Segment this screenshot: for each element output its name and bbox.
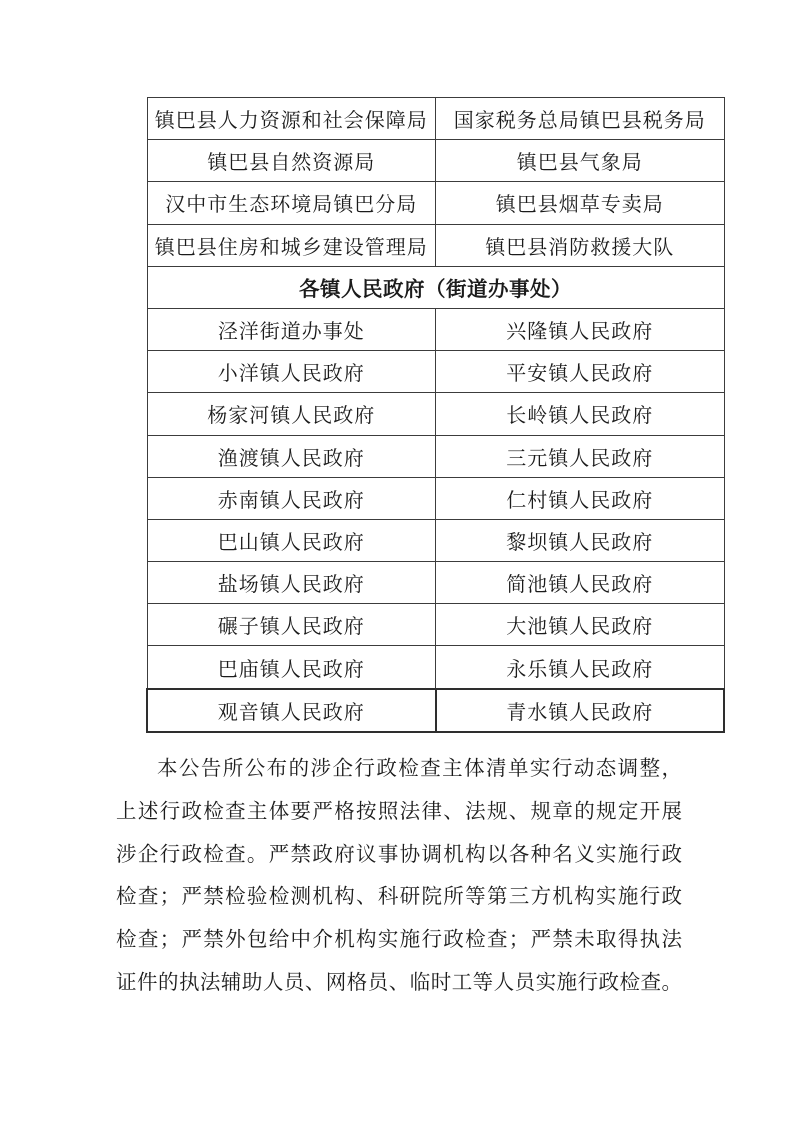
document-page: 镇巴县人力资源和社会保障局 国家税务总局镇巴县税务局 镇巴县自然资源局 镇巴县气…: [0, 0, 793, 1122]
table-cell: 渔渡镇人民政府: [147, 435, 436, 477]
table-row: 巴山镇人民政府 黎坝镇人民政府: [147, 519, 724, 561]
table-cell: 三元镇人民政府: [436, 435, 725, 477]
table-row: 镇巴县自然资源局 镇巴县气象局: [147, 140, 724, 182]
table-cell: 兴隆镇人民政府: [436, 308, 725, 350]
paragraph-line: 本公告所公布的涉企行政检查主体清单实行动态调整，: [116, 748, 682, 791]
table-row: 渔渡镇人民政府 三元镇人民政府: [147, 435, 724, 477]
table-row: 镇巴县人力资源和社会保障局 国家税务总局镇巴县税务局: [147, 98, 724, 140]
table-row: 巴庙镇人民政府 永乐镇人民政府: [147, 646, 724, 689]
agency-table: 镇巴县人力资源和社会保障局 国家税务总局镇巴县税务局 镇巴县自然资源局 镇巴县气…: [146, 97, 725, 733]
paragraph-line: 上述行政检查主体要严格按照法律、法规、规章的规定开展: [116, 791, 682, 834]
table-cell: 镇巴县人力资源和社会保障局: [147, 98, 436, 140]
paragraph-line: 证件的执法辅助人员、网格员、临时工等人员实施行政检查。: [116, 962, 682, 1005]
table-cell: 镇巴县气象局: [436, 140, 725, 182]
table-row: 杨家河镇人民政府 长岭镇人民政府: [147, 393, 724, 435]
paragraph-line: 检查；严禁外包给中介机构实施行政检查；严禁未取得执法: [116, 919, 682, 962]
table-cell: 黎坝镇人民政府: [436, 519, 725, 561]
table-cell: 汉中市生态环境局镇巴分局: [147, 182, 436, 224]
table-row: 观音镇人民政府 青水镇人民政府: [147, 689, 724, 732]
table-row: 碾子镇人民政府 大池镇人民政府: [147, 604, 724, 646]
table-cell: 泾洋街道办事处: [147, 308, 436, 350]
closing-paragraph: 本公告所公布的涉企行政检查主体清单实行动态调整， 上述行政检查主体要严格按照法律…: [116, 748, 682, 1005]
table-cell: 赤南镇人民政府: [147, 477, 436, 519]
table-cell: 观音镇人民政府: [147, 689, 436, 732]
table-row: 泾洋街道办事处 兴隆镇人民政府: [147, 308, 724, 350]
table-cell: 简池镇人民政府: [436, 562, 725, 604]
table-cell: 巴庙镇人民政府: [147, 646, 436, 689]
table-row: 镇巴县住房和城乡建设管理局 镇巴县消防救援大队: [147, 224, 724, 266]
table-cell: 平安镇人民政府: [436, 351, 725, 393]
table-cell: 小洋镇人民政府: [147, 351, 436, 393]
table-cell: 镇巴县自然资源局: [147, 140, 436, 182]
table-section-header-cell: 各镇人民政府（街道办事处）: [147, 266, 724, 308]
table-cell: 长岭镇人民政府: [436, 393, 725, 435]
table-cell: 镇巴县烟草专卖局: [436, 182, 725, 224]
table-cell: 永乐镇人民政府: [436, 646, 725, 689]
table-cell: 碾子镇人民政府: [147, 604, 436, 646]
paragraph-line: 涉企行政检查。严禁政府议事协调机构以各种名义实施行政: [116, 834, 682, 877]
table-cell: 巴山镇人民政府: [147, 519, 436, 561]
table-row: 小洋镇人民政府 平安镇人民政府: [147, 351, 724, 393]
table-cell: 大池镇人民政府: [436, 604, 725, 646]
table-cell: 仁村镇人民政府: [436, 477, 725, 519]
table-row: 盐场镇人民政府 简池镇人民政府: [147, 562, 724, 604]
table-cell: 盐场镇人民政府: [147, 562, 436, 604]
table-cell: 杨家河镇人民政府: [147, 393, 436, 435]
table-row: 赤南镇人民政府 仁村镇人民政府: [147, 477, 724, 519]
table-section-header-row: 各镇人民政府（街道办事处）: [147, 266, 724, 308]
table-row: 汉中市生态环境局镇巴分局 镇巴县烟草专卖局: [147, 182, 724, 224]
table-cell: 青水镇人民政府: [436, 689, 725, 732]
table-cell: 镇巴县住房和城乡建设管理局: [147, 224, 436, 266]
table-cell: 国家税务总局镇巴县税务局: [436, 98, 725, 140]
table-cell: 镇巴县消防救援大队: [436, 224, 725, 266]
paragraph-line: 检查；严禁检验检测机构、科研院所等第三方机构实施行政: [116, 876, 682, 919]
